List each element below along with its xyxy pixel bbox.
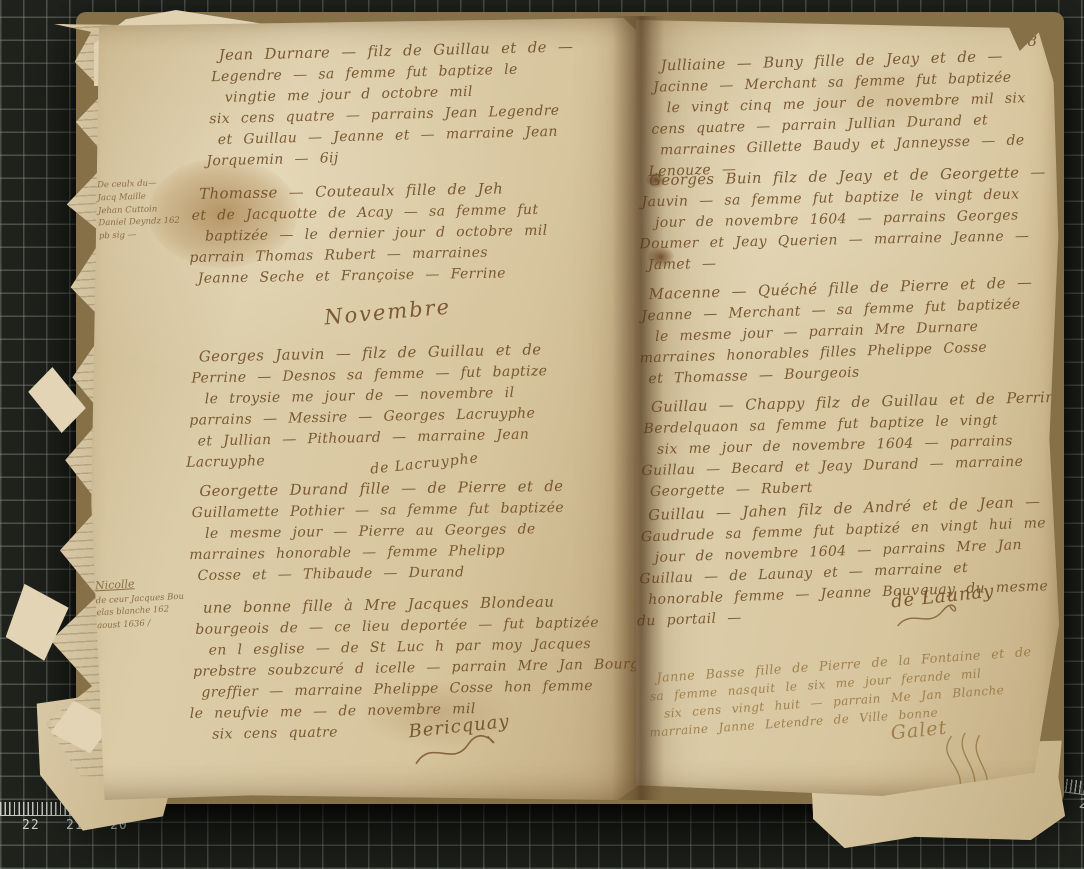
photo-background: 222120 212 De ceulx du—Jacq MailleJehan … — [0, 0, 1084, 869]
register-entry: Georges Buin filz de Jeay et de Georgett… — [649, 162, 1051, 277]
register-entry: Georgette Durand fille — de Pierre et de… — [199, 475, 630, 587]
register-entry: Jean Durnare — filz de Guillau et de —Le… — [219, 35, 632, 172]
ruler-label: 22 — [22, 818, 40, 833]
margin-note: De ceulx du—Jacq MailleJehan CuttoinDani… — [97, 177, 181, 244]
month-heading: Novembre — [323, 295, 452, 330]
right-page: 28 Julliaine — Buny fille de Jeay et de … — [636, 20, 1060, 796]
left-page: De ceulx du—Jacq MailleJehan CuttoinDani… — [88, 18, 640, 800]
signature: Bericquay — [408, 711, 514, 772]
margin-note-line: pb sig — — [99, 228, 181, 244]
register-entry: Macenne — Quéché fille de Pierre et de —… — [648, 272, 1041, 390]
register-entry: Georges Jauvin — filz de Guillau et dePe… — [199, 338, 632, 474]
margin-note: Nicolle de ceur Jacques Bouelas blanche … — [95, 574, 186, 633]
register-entry: Guillau — Chappy filz de Guillau et de P… — [651, 387, 1053, 503]
register-entry: Thomasse — Couteaulx fille de Jehet de J… — [199, 176, 631, 290]
ruler-label: 2 — [1078, 797, 1084, 813]
